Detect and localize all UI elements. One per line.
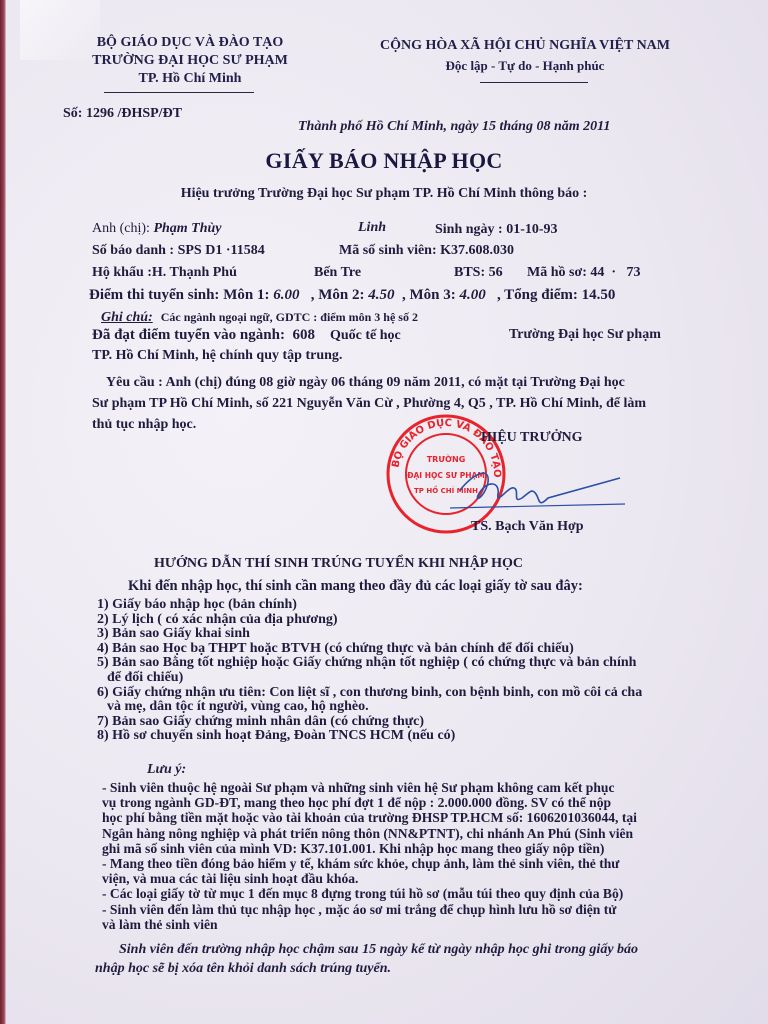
major-name: Quốc tế học — [330, 328, 401, 343]
note-line: - Các loại giấy tờ từ mục 1 đến mục 8 đự… — [102, 886, 722, 901]
list-item: 8) Hồ sơ chuyển sinh hoạt Đảng, Đoàn TNC… — [97, 729, 697, 744]
document-subtitle: Hiệu trưởng Trường Đại học Sư phạm TP. H… — [0, 186, 768, 202]
dob-field: Sinh ngày : 01-10-93 — [435, 222, 558, 238]
note-line: vụ trong ngành GD-ĐT, mang theo học phí … — [102, 795, 722, 810]
list-item: 5) Bản sao Bằng tốt nghiệp hoặc Giấy chứ… — [97, 656, 697, 671]
note-line: viện, và mua các tài liệu sinh hoạt đầu … — [102, 871, 722, 886]
family-middle-name: Phạm Thùy — [153, 221, 221, 236]
file-number-field: Mã hồ sơ: 44 · 73 — [527, 265, 641, 281]
list-item: 7) Bản sao Giấy chứng minh nhân dân (có … — [97, 715, 697, 730]
list-item: 3) Bản sao Giấy khai sinh — [97, 627, 697, 642]
bts-label: BTS: — [454, 265, 485, 280]
admission-label: Đã đạt điểm tuyển vào ngành: — [92, 327, 285, 343]
note-line: Ngân hàng nông nghiệp và phát triển nông… — [102, 826, 722, 841]
requirement-block: Yêu cầu : Anh (chị) đúng 08 giờ ngày 06 … — [92, 372, 646, 435]
file-number-sep: · — [611, 265, 616, 280]
student-id-label: Mã số sinh viên: — [339, 243, 437, 258]
given-name: Linh — [358, 220, 386, 236]
note-line: học phí bằng tiền mặt hoặc vào tài khoản… — [102, 810, 722, 825]
subject2-score: 4.50 — [368, 287, 394, 303]
candidate-number-label: Số báo danh : — [92, 243, 174, 258]
file-number-a: 44 — [590, 265, 604, 280]
bts-value: 56 — [489, 265, 503, 280]
note-line: - Mang theo tiền đóng bảo hiểm y tế, khá… — [102, 856, 722, 871]
subject1-score: 6.00 — [273, 287, 299, 303]
bts-field: BTS: 56 — [454, 265, 503, 281]
candidate-number-field: Số báo danh : SPS D1 ·11584 — [92, 243, 265, 259]
file-number-b: 73 — [627, 265, 641, 280]
admission-school: Trường Đại học Sư phạm — [509, 327, 661, 343]
note-line: và làm thẻ sinh viên — [102, 917, 722, 932]
file-number-label: Mã hồ sơ: — [527, 265, 587, 280]
list-item-continuation: để đối chiếu) — [97, 671, 697, 686]
scores-label: Điểm thi tuyển sinh: — [89, 287, 219, 303]
national-motto: Độc lập - Tự do - Hạnh phúc — [360, 56, 690, 76]
subject1-label: Môn 1: — [223, 287, 269, 303]
issuer-block: BỘ GIÁO DỤC VÀ ĐÀO TẠO TRƯỜNG ĐẠI HỌC SƯ… — [60, 34, 320, 88]
school-name: TRƯỜNG ĐẠI HỌC SƯ PHẠM — [60, 52, 320, 70]
list-item: 6) Giấy chứng nhận ưu tiên: Con liệt sĩ … — [97, 686, 697, 701]
list-item: 2) Lý lịch ( có xác nhận của địa phương) — [97, 613, 697, 628]
dateline: Thành phố Hồ Chí Minh, ngày 15 tháng 08 … — [298, 119, 610, 135]
subject3-label: , Môn 3: — [402, 287, 456, 303]
republic-name: CỘNG HÒA XÃ HỘI CHỦ NGHĨA VIỆT NAM — [360, 36, 690, 56]
requirement-line-2: Sư phạm TP Hồ Chí Minh, số 221 Nguyễn Vă… — [92, 393, 646, 414]
note-line: - Sinh viên đến làm thủ tục nhập học , m… — [102, 902, 722, 917]
signatory-name: TS. Bạch Văn Hợp — [471, 519, 584, 535]
residence-field: Hộ khẩu :H. Thạnh Phú — [92, 265, 237, 281]
guide-intro: Khi đến nhập học, thí sinh cần mang theo… — [128, 578, 583, 595]
list-item: 4) Bản sao Học bạ THPT hoặc BTVH (có chứ… — [97, 642, 697, 657]
guide-title: HƯỚNG DẪN THÍ SINH TRÚNG TUYỂN KHI NHẬP … — [154, 556, 523, 572]
name-label: Anh (chị): — [92, 221, 150, 236]
list-item-continuation: và mẹ, dân tộc ít người, vùng cao, hộ ng… — [97, 700, 697, 715]
document-title: GIẤY BÁO NHẬP HỌC — [0, 148, 768, 174]
note-line: ghi mã số sinh viên của mình VD: K37.101… — [102, 841, 722, 856]
note-line: - Sinh viên thuộc hệ ngoài Sư phạm và nh… — [102, 780, 722, 795]
admission-program: TP. Hồ Chí Minh, hệ chính quy tập trung. — [92, 348, 342, 364]
major-code: 608 — [292, 327, 315, 343]
notes-list: - Sinh viên thuộc hệ ngoài Sư phạm và nh… — [102, 780, 722, 932]
note-text: Các ngành ngoại ngữ, GDTC : điểm môn 3 h… — [161, 310, 418, 324]
signature-scribble — [450, 462, 640, 522]
candidate-number-value: SPS D1 ·11584 — [178, 243, 265, 258]
subject3-score: 4.00 — [459, 287, 485, 303]
residence-district: H. Thạnh Phú — [152, 265, 237, 280]
ministry-name: BỘ GIÁO DỤC VÀ ĐÀO TẠO — [60, 34, 320, 52]
signature-title: HIỆU TRƯỞNG — [481, 430, 583, 446]
school-city: TP. Hồ Chí Minh — [60, 70, 320, 88]
note-row: Ghi chú: Các ngành ngoại ngữ, GDTC : điể… — [101, 308, 418, 326]
final-warning-line-2: nhập học sẽ bị xóa tên khỏi danh sách tr… — [95, 959, 638, 978]
reference-number: Số: 1296 /ĐHSP/ĐT — [63, 106, 182, 122]
issuer-underline — [104, 92, 254, 93]
residence-province: Bến Tre — [314, 265, 361, 281]
total-score: 14.50 — [582, 287, 616, 303]
motto-underline — [480, 82, 588, 83]
total-label: , Tổng điểm: — [497, 287, 578, 303]
dob-value: 01-10-93 — [506, 222, 557, 237]
subject2-label: , Môn 2: — [311, 287, 365, 303]
required-documents-list: 1) Giấy báo nhập học (bản chính) 2) Lý l… — [97, 598, 697, 744]
residence-label: Hộ khẩu : — [92, 265, 152, 280]
student-id-field: Mã số sinh viên: K37.608.030 — [339, 243, 514, 259]
national-header: CỘNG HÒA XÃ HỘI CHỦ NGHĨA VIỆT NAM Độc l… — [360, 36, 690, 76]
list-item: 1) Giấy báo nhập học (bản chính) — [97, 598, 697, 613]
dob-label: Sinh ngày : — [435, 222, 503, 237]
note-label: Ghi chú: — [101, 310, 153, 325]
requirement-line-1: Yêu cầu : Anh (chị) đúng 08 giờ ngày 06 … — [92, 372, 646, 393]
admission-row: Đã đạt điểm tuyển vào ngành: 608 Quốc tế… — [92, 327, 401, 344]
scores-row: Điểm thi tuyển sinh: Môn 1: 6.00 , Môn 2… — [89, 287, 615, 304]
final-warning: Sinh viên đến trường nhập học chậm sau 1… — [95, 940, 638, 978]
student-id-value: K37.608.030 — [440, 243, 514, 258]
name-row: Anh (chị): Phạm Thùy — [92, 221, 222, 237]
final-warning-line-1: Sinh viên đến trường nhập học chậm sau 1… — [95, 940, 638, 959]
notes-label: Lưu ý: — [147, 762, 186, 778]
